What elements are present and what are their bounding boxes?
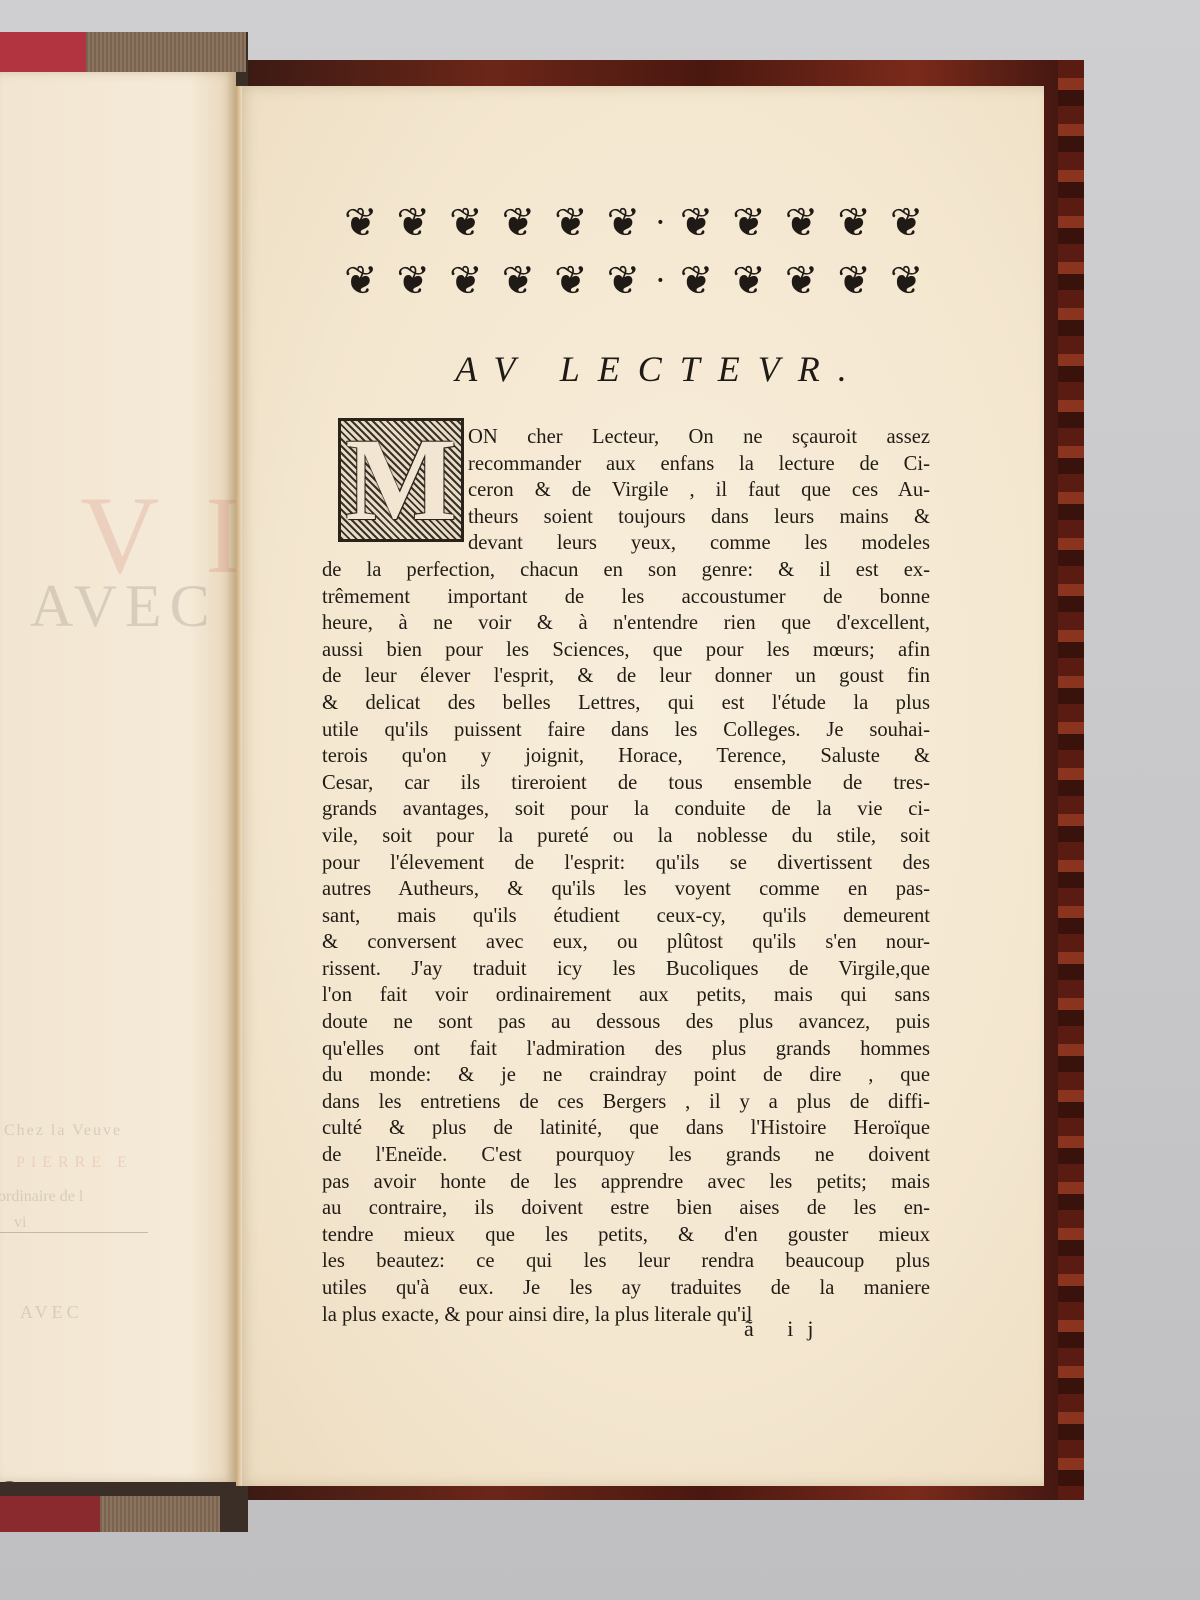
text-line: grands avantages, soit pour la conduite …	[322, 796, 930, 823]
text-line: utile qu'ils puissent faire dans les Col…	[322, 717, 930, 744]
fleuron-icon	[676, 200, 718, 250]
show-through-rule	[0, 1232, 148, 1233]
text-line: qu'elles ont fait l'admiration des plus …	[322, 1036, 930, 1063]
text-line: Cesar, car ils tireroient de tous ensemb…	[322, 770, 930, 797]
text-line: au contraire, ils doivent estre bien ais…	[322, 1195, 930, 1222]
text-line: & delicat des belles Lettres, qui est l'…	[322, 690, 930, 717]
fleuron-icon	[445, 200, 487, 250]
right-page: AV LECTEVR. M ON cher Lecteur, On ne sça…	[236, 86, 1044, 1486]
text-line: ON cher Lecteur, On ne sçauroit assez	[468, 424, 930, 451]
fleuron-icon	[550, 200, 592, 250]
text-line: la plus exacte, & pour ainsi dire, la pl…	[322, 1302, 930, 1329]
show-through-avec: AVEC	[30, 572, 218, 641]
text-line: heure, à ne voir & à n'entendre rien que…	[322, 610, 930, 637]
text-line: sant, mais qu'ils étudient ceux-cy, qu'i…	[322, 903, 930, 930]
gutter-shadow	[236, 86, 242, 1486]
dot-icon	[655, 258, 665, 308]
fleuron-icon	[393, 258, 435, 308]
fleuron-icon	[781, 258, 823, 308]
text-line: de l'Eneïde. C'est pourquoy les grands n…	[322, 1142, 930, 1169]
cloth-spine-bottom	[100, 1496, 220, 1532]
text-line: trêmement important de les accoustumer d…	[322, 584, 930, 611]
fleuron-icon	[728, 258, 770, 308]
fleuron-icon	[781, 200, 823, 250]
fleuron-icon	[833, 258, 875, 308]
text-line: autres Autheurs, & qu'ils les voyent com…	[322, 876, 930, 903]
text-line: de la perfection, chacun en son genre: &…	[322, 557, 930, 584]
signature-mark: ã ij	[744, 1316, 828, 1342]
body-text: ON cher Lecteur, On ne sçauroit assez re…	[322, 424, 930, 1328]
ornament-row-top	[340, 198, 928, 252]
fleuron-icon	[340, 258, 382, 308]
headpiece-ornament	[340, 198, 928, 310]
text-line: rissent. J'ay traduit icy les Bucoliques…	[322, 956, 930, 983]
text-line: dans les entretiens de ces Bergers , il …	[322, 1089, 930, 1116]
show-through-avec-bottom: AVEC	[20, 1302, 83, 1323]
text-line: ceron & de Virgile , il faut que ces Au-	[468, 477, 930, 504]
fleuron-icon	[340, 200, 382, 250]
text-line: terois qu'on y joignit, Horace, Terence,…	[322, 743, 930, 770]
text-line: vile, soit pour la pureté ou la noblesse…	[322, 823, 930, 850]
dot-icon	[655, 200, 665, 250]
ornament-row-bottom	[340, 256, 928, 310]
text-line: theurs soient toujours dans leurs mains …	[468, 504, 930, 531]
fleuron-icon	[676, 258, 718, 308]
fleuron-icon	[833, 200, 875, 250]
left-page: V I AVEC Chez la Veuve PIERRE E ordinair…	[0, 72, 236, 1482]
show-through-ordinaire: ordinaire de l	[0, 1188, 83, 1206]
text-line: devant leurs yeux, comme les modeles	[468, 530, 930, 557]
marbled-corner-bottom	[0, 1496, 100, 1532]
text-line: aussi bien pour les Sciences, que pour l…	[322, 637, 930, 664]
text-line: recommander aux enfans la lecture de Ci-	[468, 451, 930, 478]
text-line: de leur élever l'esprit, & de leur donne…	[322, 663, 930, 690]
show-through-chez: Chez la Veuve	[4, 1122, 122, 1140]
fleuron-icon	[886, 258, 928, 308]
fleuron-icon	[393, 200, 435, 250]
text-line: du monde: & je ne craindray point de dir…	[322, 1062, 930, 1089]
text-line: doute ne sont pas au dessous des plus av…	[322, 1009, 930, 1036]
fleuron-icon	[886, 200, 928, 250]
fleuron-icon	[445, 258, 487, 308]
cloth-spine-top	[86, 32, 246, 72]
fleuron-icon	[550, 258, 592, 308]
text-line: les beautez: ce qui les leur rendra beau…	[322, 1248, 930, 1275]
text-line: l'on fait voir ordinairement aux petits,…	[322, 982, 930, 1009]
fleuron-icon	[498, 200, 540, 250]
show-through-pierre: PIERRE E	[16, 1154, 133, 1172]
text-line: & conversent avec eux, ou plûtost qu'ils…	[322, 929, 930, 956]
text-line: utiles qu'à eux. Je les ay traduites de …	[322, 1275, 930, 1302]
page-heading: AV LECTEVR.	[236, 348, 1044, 390]
text-line: pas avoir honte de les apprendre avec le…	[322, 1169, 930, 1196]
show-through-vi: vi	[14, 1214, 26, 1232]
fleuron-icon	[498, 258, 540, 308]
text-line: tendre mieux que les petits, & d'en gous…	[322, 1222, 930, 1249]
text-line: culté & plus de latinité, que dans l'His…	[322, 1115, 930, 1142]
fleuron-icon	[603, 258, 645, 308]
fleuron-icon	[603, 200, 645, 250]
marbled-corner-top	[0, 32, 86, 72]
ink-annotation: 3	[0, 1472, 18, 1482]
text-line: pour l'élevement de l'esprit: qu'ils se …	[322, 850, 930, 877]
fleuron-icon	[728, 200, 770, 250]
